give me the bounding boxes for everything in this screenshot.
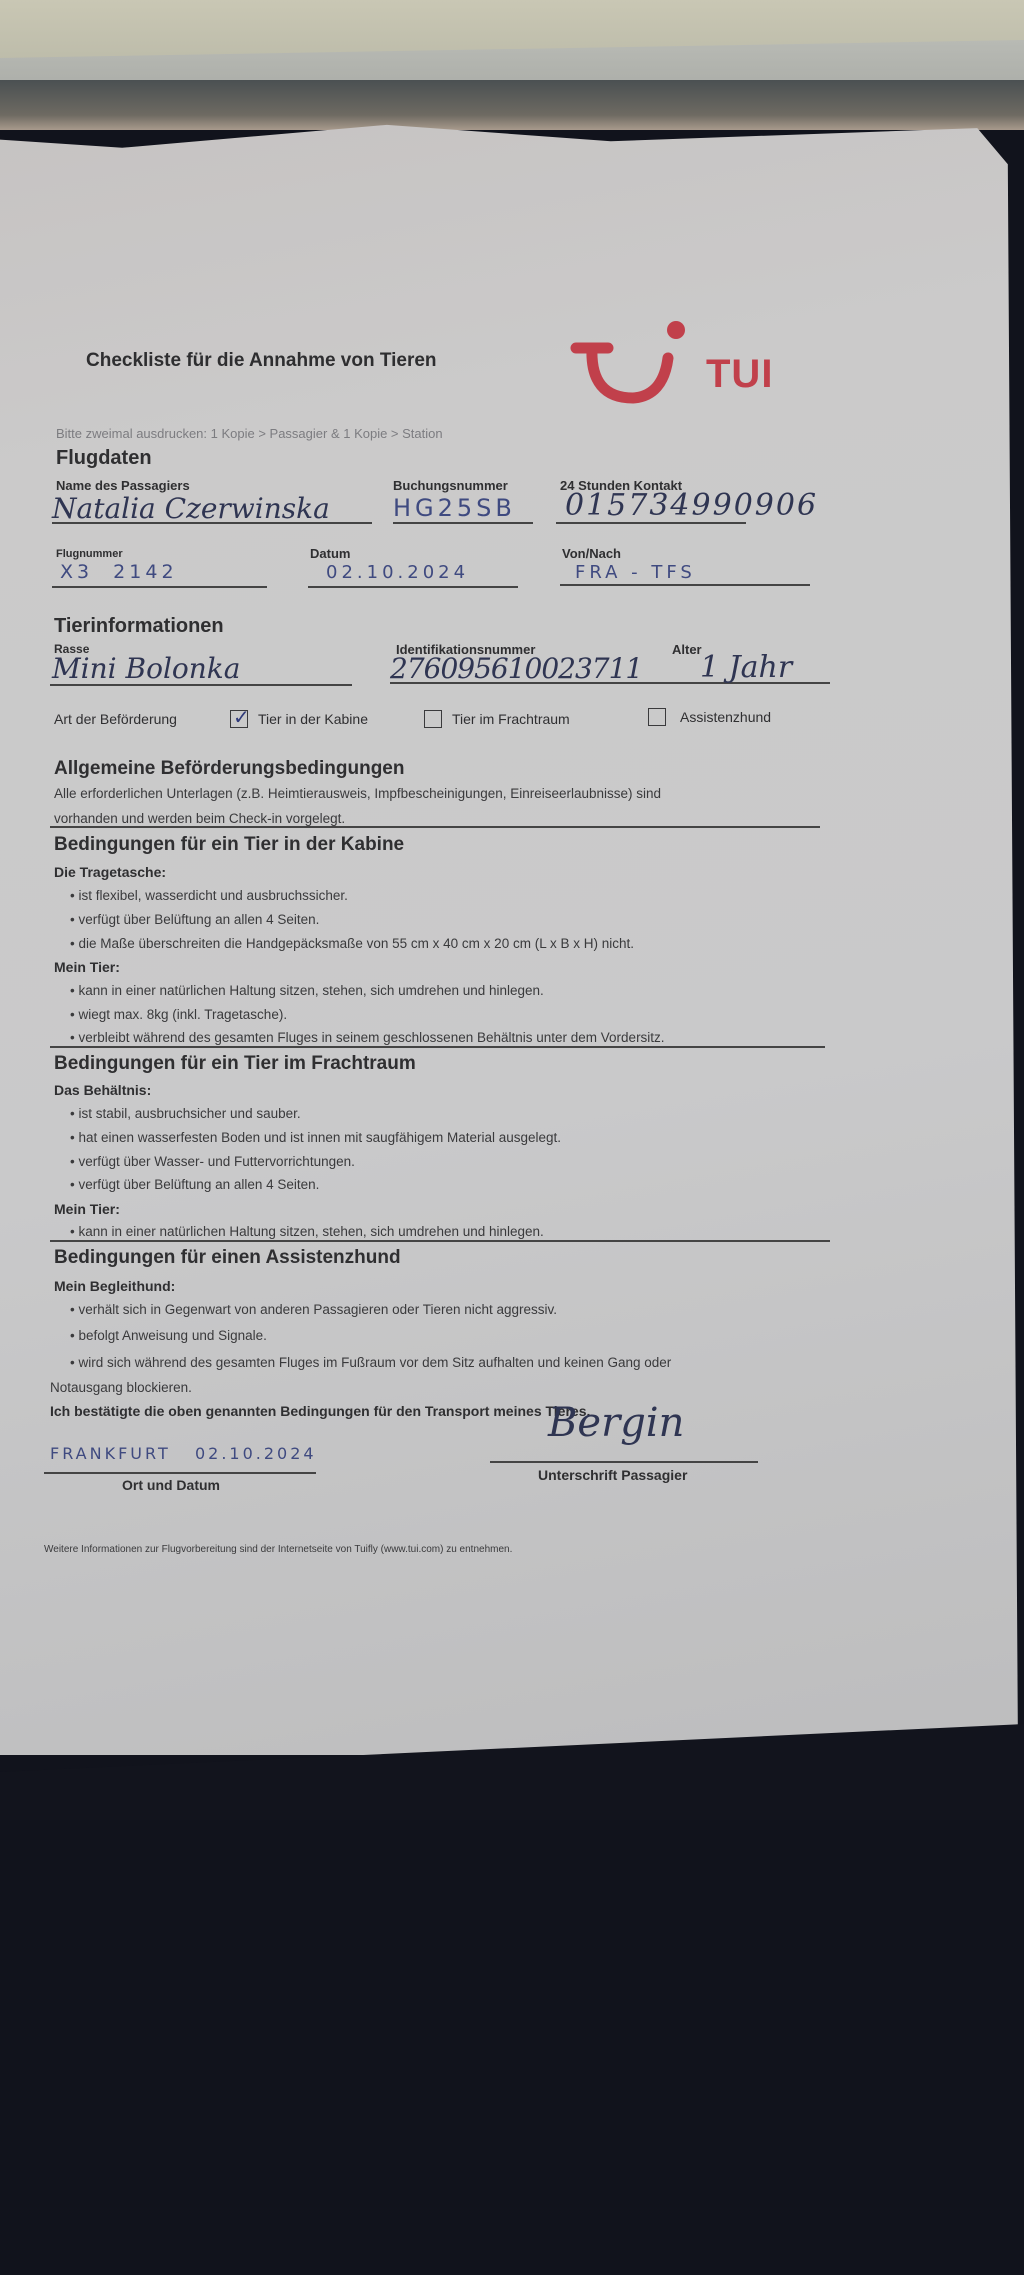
assistance-dog-item-text: verhält sich in Gegenwart von anderen Pa…	[78, 1302, 557, 1317]
divider	[50, 826, 820, 828]
cargo-container-item: • verfügt über Belüftung an allen 4 Seit…	[70, 1177, 319, 1192]
cabin-bag-item-text: ist flexibel, wasserdicht und ausbruchss…	[78, 888, 347, 903]
route-label: Von/Nach	[562, 546, 621, 561]
cabin-animal-item: • kann in einer natürlichen Haltung sitz…	[70, 983, 544, 998]
tui-logo: TUI	[568, 318, 818, 418]
cargo-container-item: • ist stabil, ausbruchsicher und sauber.	[70, 1106, 301, 1121]
cargo-container-item-text: verfügt über Wasser- und Futtervorrichtu…	[78, 1154, 354, 1169]
cargo-container-item-text: verfügt über Belüftung an allen 4 Seiten…	[78, 1177, 319, 1192]
assistance-dog-item-text: befolgt Anweisung und Signale.	[78, 1328, 266, 1343]
assistance-dog-item: • befolgt Anweisung und Signale.	[70, 1328, 267, 1343]
option-assistance-label: Assistenzhund	[680, 709, 771, 725]
cabin-bag-item: • die Maße überschreiten die Handgepäcks…	[70, 936, 634, 951]
cabin-bag-item: • ist flexibel, wasserdicht und ausbruch…	[70, 888, 348, 903]
route-value[interactable]: FRA - TFS	[575, 562, 696, 583]
signature-label: Unterschrift Passagier	[538, 1467, 687, 1483]
option-cabin-label: Tier in der Kabine	[258, 711, 368, 727]
booking-number-line	[393, 522, 533, 524]
cargo-container-item: • hat einen wasserfesten Boden und ist i…	[70, 1130, 561, 1145]
option-cargo-label: Tier im Frachtraum	[452, 711, 570, 727]
cargo-container-item-text: ist stabil, ausbruchsicher und sauber.	[78, 1106, 300, 1121]
cabin-animal-item: • verbleibt während des gesamten Fluges …	[70, 1030, 665, 1045]
cabin-bag-item-text: die Maße überschreiten die Handgepäcksma…	[78, 936, 633, 951]
assistance-dog-item: • wird sich während des gesamten Fluges …	[70, 1355, 671, 1370]
tui-smile-icon	[568, 318, 698, 418]
assistance-dog-item-text: wird sich während des gesamten Fluges im…	[78, 1355, 671, 1370]
transport-type-label: Art der Beförderung	[54, 711, 177, 727]
cabin-animal-heading: Mein Tier:	[54, 959, 120, 975]
general-conditions-heading: Allgemeine Beförderungsbedingungen	[54, 758, 404, 780]
confirmation-text: Ich bestätigte die oben genannten Beding…	[50, 1403, 590, 1419]
booking-number-value[interactable]: HG25SB	[393, 494, 516, 522]
cabin-bag-item-text: verfügt über Belüftung an allen 4 Seiten…	[78, 912, 319, 927]
document-title: Checkliste für die Annahme von Tieren	[86, 350, 437, 372]
id-value[interactable]: 276095610023711	[390, 652, 642, 685]
general-conditions-line1: Alle erforderlichen Unterlagen (z.B. Hei…	[54, 786, 661, 801]
contact-line	[556, 522, 746, 524]
checkbox-assistance[interactable]	[648, 708, 666, 726]
flight-number-label: Flugnummer	[56, 548, 123, 560]
cabin-animal-item: • wiegt max. 8kg (inkl. Tragetasche).	[70, 1007, 287, 1022]
cabin-animal-item-text: kann in einer natürlichen Haltung sitzen…	[78, 983, 543, 998]
cabin-animal-item-text: wiegt max. 8kg (inkl. Tragetasche).	[78, 1007, 287, 1022]
date-label: Datum	[310, 546, 350, 561]
print-hint: Bitte zweimal ausdrucken: 1 Kopie > Pass…	[56, 426, 443, 441]
place-date-value[interactable]: FRANKFURT 02.10.2024	[50, 1444, 317, 1463]
breed-value[interactable]: Mini Bolonka	[52, 652, 240, 685]
breed-line	[50, 684, 352, 686]
date-line	[308, 586, 518, 588]
assistance-conditions-heading: Bedingungen für einen Assistenzhund	[54, 1247, 401, 1269]
footer-note: Weitere Informationen zur Flugvorbereitu…	[44, 1544, 512, 1555]
cargo-container-heading: Das Behältnis:	[54, 1082, 151, 1098]
age-value[interactable]: 1 Jahr	[700, 650, 792, 685]
cabin-bag-item: • verfügt über Belüftung an allen 4 Seit…	[70, 912, 319, 927]
passenger-name-line	[52, 522, 372, 524]
cabin-conditions-heading: Bedingungen für ein Tier in der Kabine	[54, 834, 404, 856]
animal-info-heading: Tierinformationen	[54, 615, 224, 638]
checkbox-cabin[interactable]: ✓	[230, 710, 248, 728]
age-label: Alter	[672, 642, 702, 657]
divider	[50, 1240, 830, 1242]
assistance-dog-heading: Mein Begleithund:	[54, 1278, 175, 1294]
cabin-bag-heading: Die Tragetasche:	[54, 864, 166, 880]
date-value[interactable]: 02.10.2024	[326, 562, 469, 583]
assistance-dog-item-continuation: Notausgang blockieren.	[50, 1380, 192, 1395]
cabin-animal-item-text: verbleibt während des gesamten Fluges in…	[78, 1030, 664, 1045]
place-date-line	[44, 1472, 316, 1474]
divider	[50, 1046, 825, 1048]
cargo-animal-item-text: kann in einer natürlichen Haltung sitzen…	[78, 1224, 543, 1239]
tui-wordmark: TUI	[706, 352, 773, 397]
general-conditions-line2: vorhanden und werden beim Check-in vorge…	[54, 811, 345, 826]
checkbox-cargo[interactable]	[424, 710, 442, 728]
signature-value[interactable]: Bergin	[548, 1400, 684, 1446]
cargo-conditions-heading: Bedingungen für ein Tier im Frachtraum	[54, 1053, 416, 1075]
cargo-animal-heading: Mein Tier:	[54, 1201, 120, 1217]
background-shadow	[0, 80, 1024, 130]
signature-line	[490, 1461, 758, 1463]
passenger-name-value[interactable]: Natalia Czerwinska	[52, 492, 330, 525]
flight-number-value[interactable]: X3 2142	[60, 561, 178, 583]
cargo-animal-item: • kann in einer natürlichen Haltung sitz…	[70, 1224, 544, 1239]
place-date-label: Ort und Datum	[122, 1477, 220, 1493]
flight-number-line	[52, 586, 267, 588]
cargo-container-item-text: hat einen wasserfesten Boden und ist inn…	[78, 1130, 561, 1145]
cargo-container-item: • verfügt über Wasser- und Futtervorrich…	[70, 1154, 355, 1169]
passenger-name-label: Name des Passagiers	[56, 478, 190, 493]
contact-value[interactable]: 015734990906	[565, 488, 818, 523]
assistance-dog-item: • verhält sich in Gegenwart von anderen …	[70, 1302, 557, 1317]
checkmark-icon: ✓	[233, 705, 250, 730]
route-line	[560, 584, 810, 586]
flight-data-heading: Flugdaten	[56, 447, 152, 470]
booking-number-label: Buchungsnummer	[393, 478, 508, 493]
